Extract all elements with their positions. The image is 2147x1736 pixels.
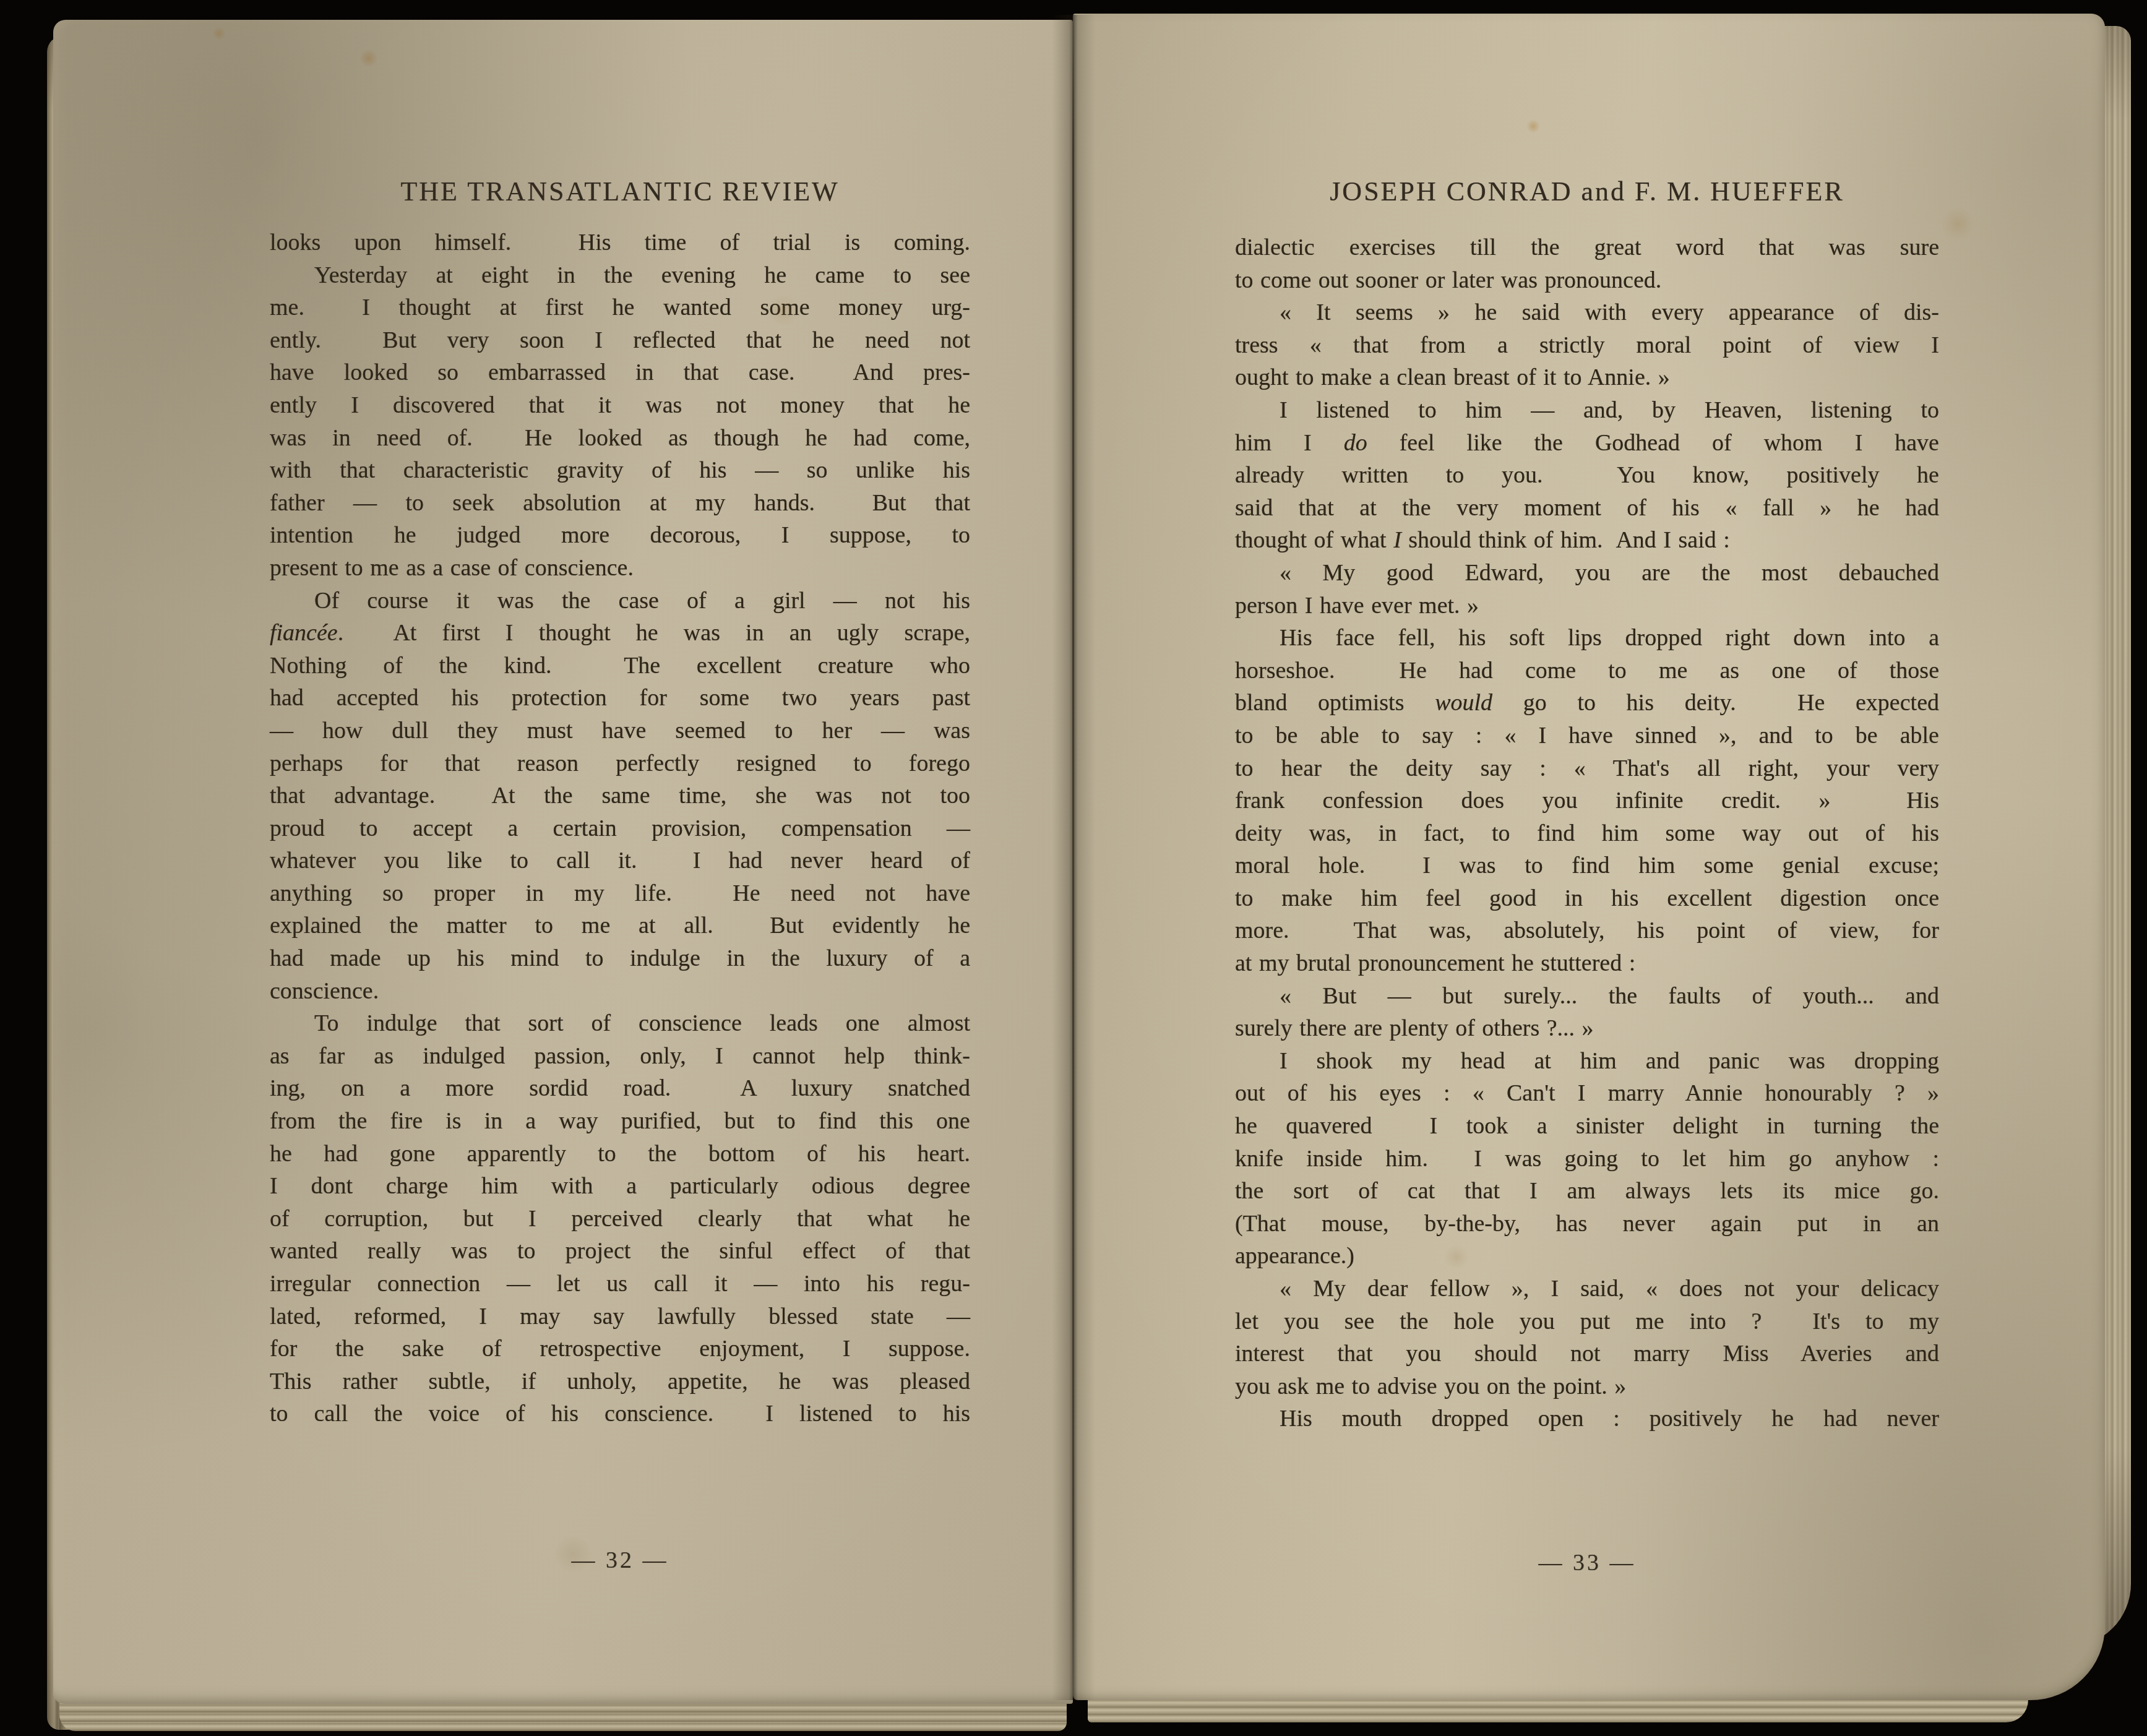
text-line: I listened to him — and, by Heaven, list…	[1235, 394, 1939, 427]
text-line: to call the voice of his conscience. I l…	[270, 1398, 970, 1430]
text-line: from the fire is in a way purified, but …	[270, 1105, 970, 1138]
text-line: to make him feel good in his excellent d…	[1235, 882, 1939, 915]
text-line: Of course it was the case of a girl — no…	[270, 585, 970, 617]
text-line: His mouth dropped open : positively he h…	[1235, 1403, 1939, 1435]
text-line: perhaps for that reason perfectly resign…	[270, 747, 970, 780]
text-line: ought to make a clean breast of it to An…	[1235, 361, 1939, 394]
text-line: lated, reformed, I may say lawfully bles…	[270, 1300, 970, 1333]
text-line: the sort of cat that I am always lets it…	[1235, 1175, 1939, 1208]
text-line: said that at the very moment of his « fa…	[1235, 492, 1939, 525]
text-line: have looked so embarrassed in that case.…	[270, 356, 970, 389]
text-line: had accepted his protection for some two…	[270, 682, 970, 715]
left-page: THE TRANSATLANTIC REVIEW looks upon hims…	[53, 20, 1073, 1704]
text-line: as far as indulged passion, only, I cann…	[270, 1040, 970, 1073]
text-line: ently I discovered that it was not money…	[270, 389, 970, 422]
text-line: had made up his mind to indulge in the l…	[270, 942, 970, 975]
right-page: JOSEPH CONRAD and F. M. HUEFFER dialecti…	[1073, 14, 2105, 1700]
text-line: ently. But very soon I reflected that he…	[270, 324, 970, 357]
left-text-column: looks upon himself. His time of trial is…	[270, 226, 970, 1430]
text-line: surely there are plenty of others ?... »	[1235, 1012, 1939, 1045]
text-line: conscience.	[270, 975, 970, 1008]
right-text-column: dialectic exercises till the great word …	[1235, 231, 1939, 1435]
right-running-head: JOSEPH CONRAD and F. M. HUEFFER	[1235, 176, 1939, 207]
text-line: was in need of. He looked as though he h…	[270, 422, 970, 455]
text-line: more. That was, absolutely, his point of…	[1235, 914, 1939, 947]
text-line: explained the matter to me at all. But e…	[270, 909, 970, 942]
text-line: him I do feel like the Godhead of whom I…	[1235, 427, 1939, 460]
text-line: with that characteristic gravity of his …	[270, 454, 970, 487]
text-line: present to me as a case of conscience.	[270, 552, 970, 585]
text-line: frank confession does you infinite credi…	[1235, 784, 1939, 817]
text-line: whatever you like to call it. I had neve…	[270, 844, 970, 877]
text-line: knife inside him. I was going to let him…	[1235, 1143, 1939, 1175]
text-line: appearance.)	[1235, 1240, 1939, 1273]
book-photo: THE TRANSATLANTIC REVIEW looks upon hims…	[0, 0, 2147, 1736]
text-line: wanted really was to project the sinful …	[270, 1235, 970, 1268]
text-line: proud to accept a certain provision, com…	[270, 812, 970, 845]
text-line: I dont charge him with a particularly od…	[270, 1170, 970, 1203]
text-line: to be able to say : « I have sinned », a…	[1235, 720, 1939, 752]
text-line: bland optimists would go to his deity. H…	[1235, 687, 1939, 720]
text-line: This rather subtle, if unholy, appetite,…	[270, 1365, 970, 1398]
text-line: « It seems » he said with every appearan…	[1235, 296, 1939, 329]
text-line: interest that you should not marry Miss …	[1235, 1338, 1939, 1370]
text-line: to come out sooner or later was pronounc…	[1235, 264, 1939, 297]
text-line: already written to you. You know, positi…	[1235, 459, 1939, 492]
text-line: fiancée. At first I thought he was in an…	[270, 617, 970, 650]
text-line: Yesterday at eight in the evening he cam…	[270, 259, 970, 292]
text-line: out of his eyes : « Can't I marry Annie …	[1235, 1077, 1939, 1110]
text-line: at my brutal pronouncement he stuttered …	[1235, 947, 1939, 980]
text-line: father — to seek absolution at my hands.…	[270, 487, 970, 520]
text-line: of corruption, but I perceived clearly t…	[270, 1203, 970, 1235]
text-line: deity was, in fact, to find him some way…	[1235, 817, 1939, 850]
text-line: looks upon himself. His time of trial is…	[270, 226, 970, 259]
right-page-number: — 33 —	[1235, 1549, 1939, 1576]
text-line: tress « that from a strictly moral point…	[1235, 329, 1939, 362]
text-line: moral hole. I was to find him some genia…	[1235, 849, 1939, 882]
text-line: you ask me to advise you on the point. »	[1235, 1370, 1939, 1403]
page-stack-edges-bottom-right	[1088, 1700, 2028, 1722]
text-line: irregular connection — let us call it — …	[270, 1268, 970, 1300]
text-line: he had gone apparently to the bottom of …	[270, 1138, 970, 1171]
text-line: person I have ever met. »	[1235, 590, 1939, 622]
text-line: to hear the deity say : « That's all rig…	[1235, 752, 1939, 785]
text-line: To indulge that sort of conscience leads…	[270, 1007, 970, 1040]
left-running-head: THE TRANSATLANTIC REVIEW	[270, 176, 970, 207]
text-line: he quavered I took a sinister delight in…	[1235, 1110, 1939, 1143]
text-line: intention he judged more decorous, I sup…	[270, 519, 970, 552]
text-line: I shook my head at him and panic was dro…	[1235, 1045, 1939, 1078]
text-line: let you see the hole you put me into ? I…	[1235, 1305, 1939, 1338]
text-line: anything so proper in my life. He need n…	[270, 877, 970, 910]
text-line: (That mouse, by-the-by, has never again …	[1235, 1208, 1939, 1240]
text-line: « My good Edward, you are the most debau…	[1235, 557, 1939, 590]
text-line: His face fell, his soft lips dropped rig…	[1235, 622, 1939, 655]
page-stack-edges-bottom-left	[59, 1703, 1067, 1731]
text-line: « But — but surely... the faults of yout…	[1235, 980, 1939, 1013]
text-line: dialectic exercises till the great word …	[1235, 231, 1939, 264]
left-page-number: — 32 —	[270, 1547, 970, 1574]
text-line: for the sake of retrospective enjoyment,…	[270, 1333, 970, 1365]
text-line: me. I thought at first he wanted some mo…	[270, 291, 970, 324]
text-line: that advantage. At the same time, she wa…	[270, 780, 970, 812]
text-line: « My dear fellow », I said, « does not y…	[1235, 1273, 1939, 1305]
text-line: Nothing of the kind. The excellent creat…	[270, 650, 970, 682]
text-line: thought of what I should think of him. A…	[1235, 524, 1939, 557]
text-line: — how dull they must have seemed to her …	[270, 715, 970, 747]
text-line: horseshoe. He had come to me as one of t…	[1235, 655, 1939, 687]
text-line: ing, on a more sordid road. A luxury sna…	[270, 1072, 970, 1105]
